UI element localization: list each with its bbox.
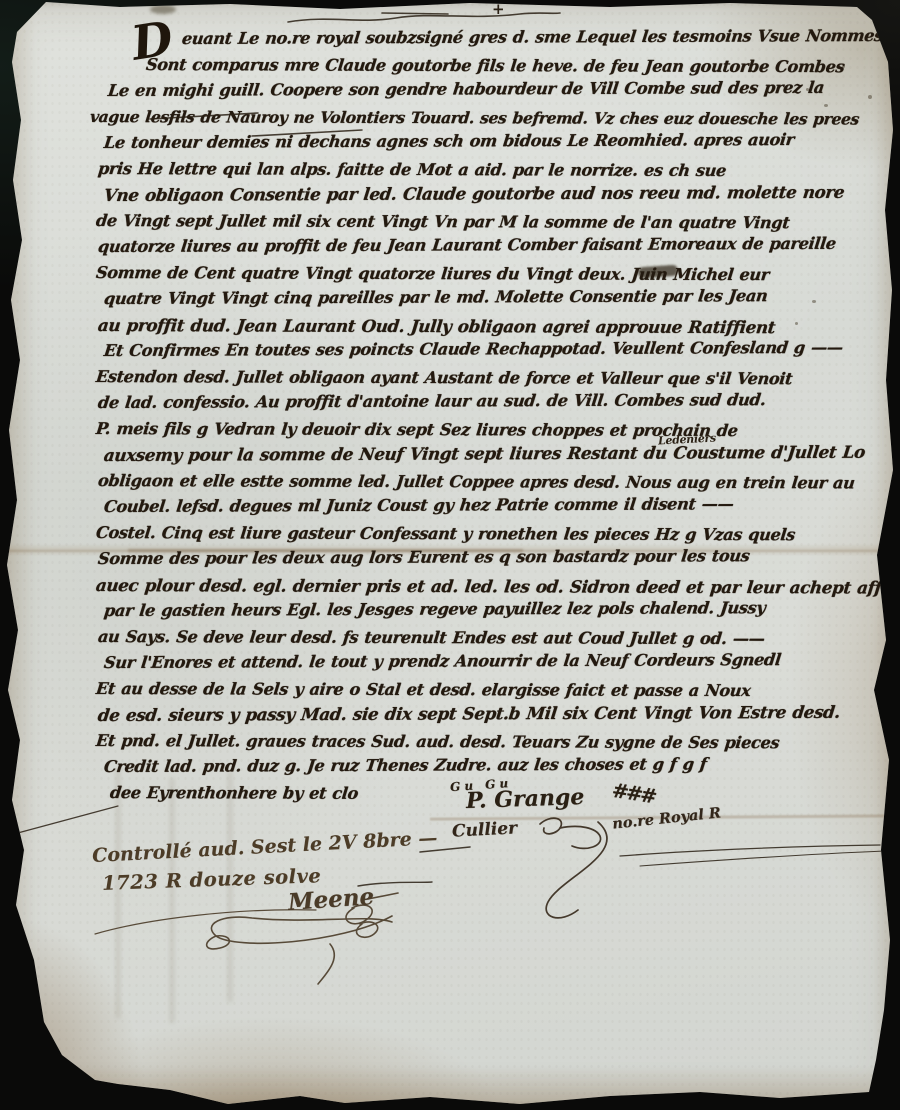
- invocation-cross-mark: +: [492, 0, 505, 18]
- manuscript-line: par le gastien heurs Egl. les Jesges reg…: [102, 595, 879, 624]
- manuscript-line: Le tonheur demies ni dechans agnes sch o…: [102, 127, 879, 156]
- manuscript-line: Somme des pour les deux aug lors Eurent …: [96, 543, 879, 572]
- signature-cullier: Cullier: [452, 818, 518, 841]
- manuscript-line: euant Le no.re royal soubzsigné gres d. …: [180, 23, 879, 52]
- vertical-crease: [170, 778, 174, 1023]
- signature-grange: P. Grange: [466, 784, 585, 814]
- manuscript-line: Et Confirmes En toutes ses poincts Claud…: [102, 335, 879, 364]
- manuscript-line: Credit lad. pnd. duz g. Je ruz Thenes Zu…: [102, 751, 879, 780]
- manuscript-line: Sur l'Enores et attend. le tout y prendz…: [102, 647, 879, 676]
- manuscript-line: quatre Vingt Vingt cinq pareilles par le…: [102, 283, 879, 312]
- scanned-manuscript-photo: + D euant Le no.re royal soubzsigné gres…: [0, 0, 900, 1110]
- manuscript-line: quatorze liures au proffit de feu Jean L…: [96, 231, 879, 260]
- manuscript-line: de lad. confessio. Au proffit d'antoine …: [96, 387, 879, 416]
- manuscript-line: de esd. sieurs y passy Mad. sie dix sept…: [96, 699, 879, 728]
- manuscript-paper: + D euant Le no.re royal soubzsigné gres…: [0, 0, 900, 1110]
- manuscript-lines: euant Le no.re royal soubzsigné gres d. …: [96, 26, 878, 806]
- manuscript-line: auxsemy pour la somme de Neuf Vingt sept…: [102, 439, 879, 468]
- manuscript-line: Vne obligaon Consentie par led. Claude g…: [102, 179, 879, 208]
- manuscript-line: Coubel. lefsd. degues ml Juniz Coust gy …: [102, 491, 879, 520]
- manuscript-line: Le en mighi guill. Coopere son gendre ha…: [106, 75, 879, 104]
